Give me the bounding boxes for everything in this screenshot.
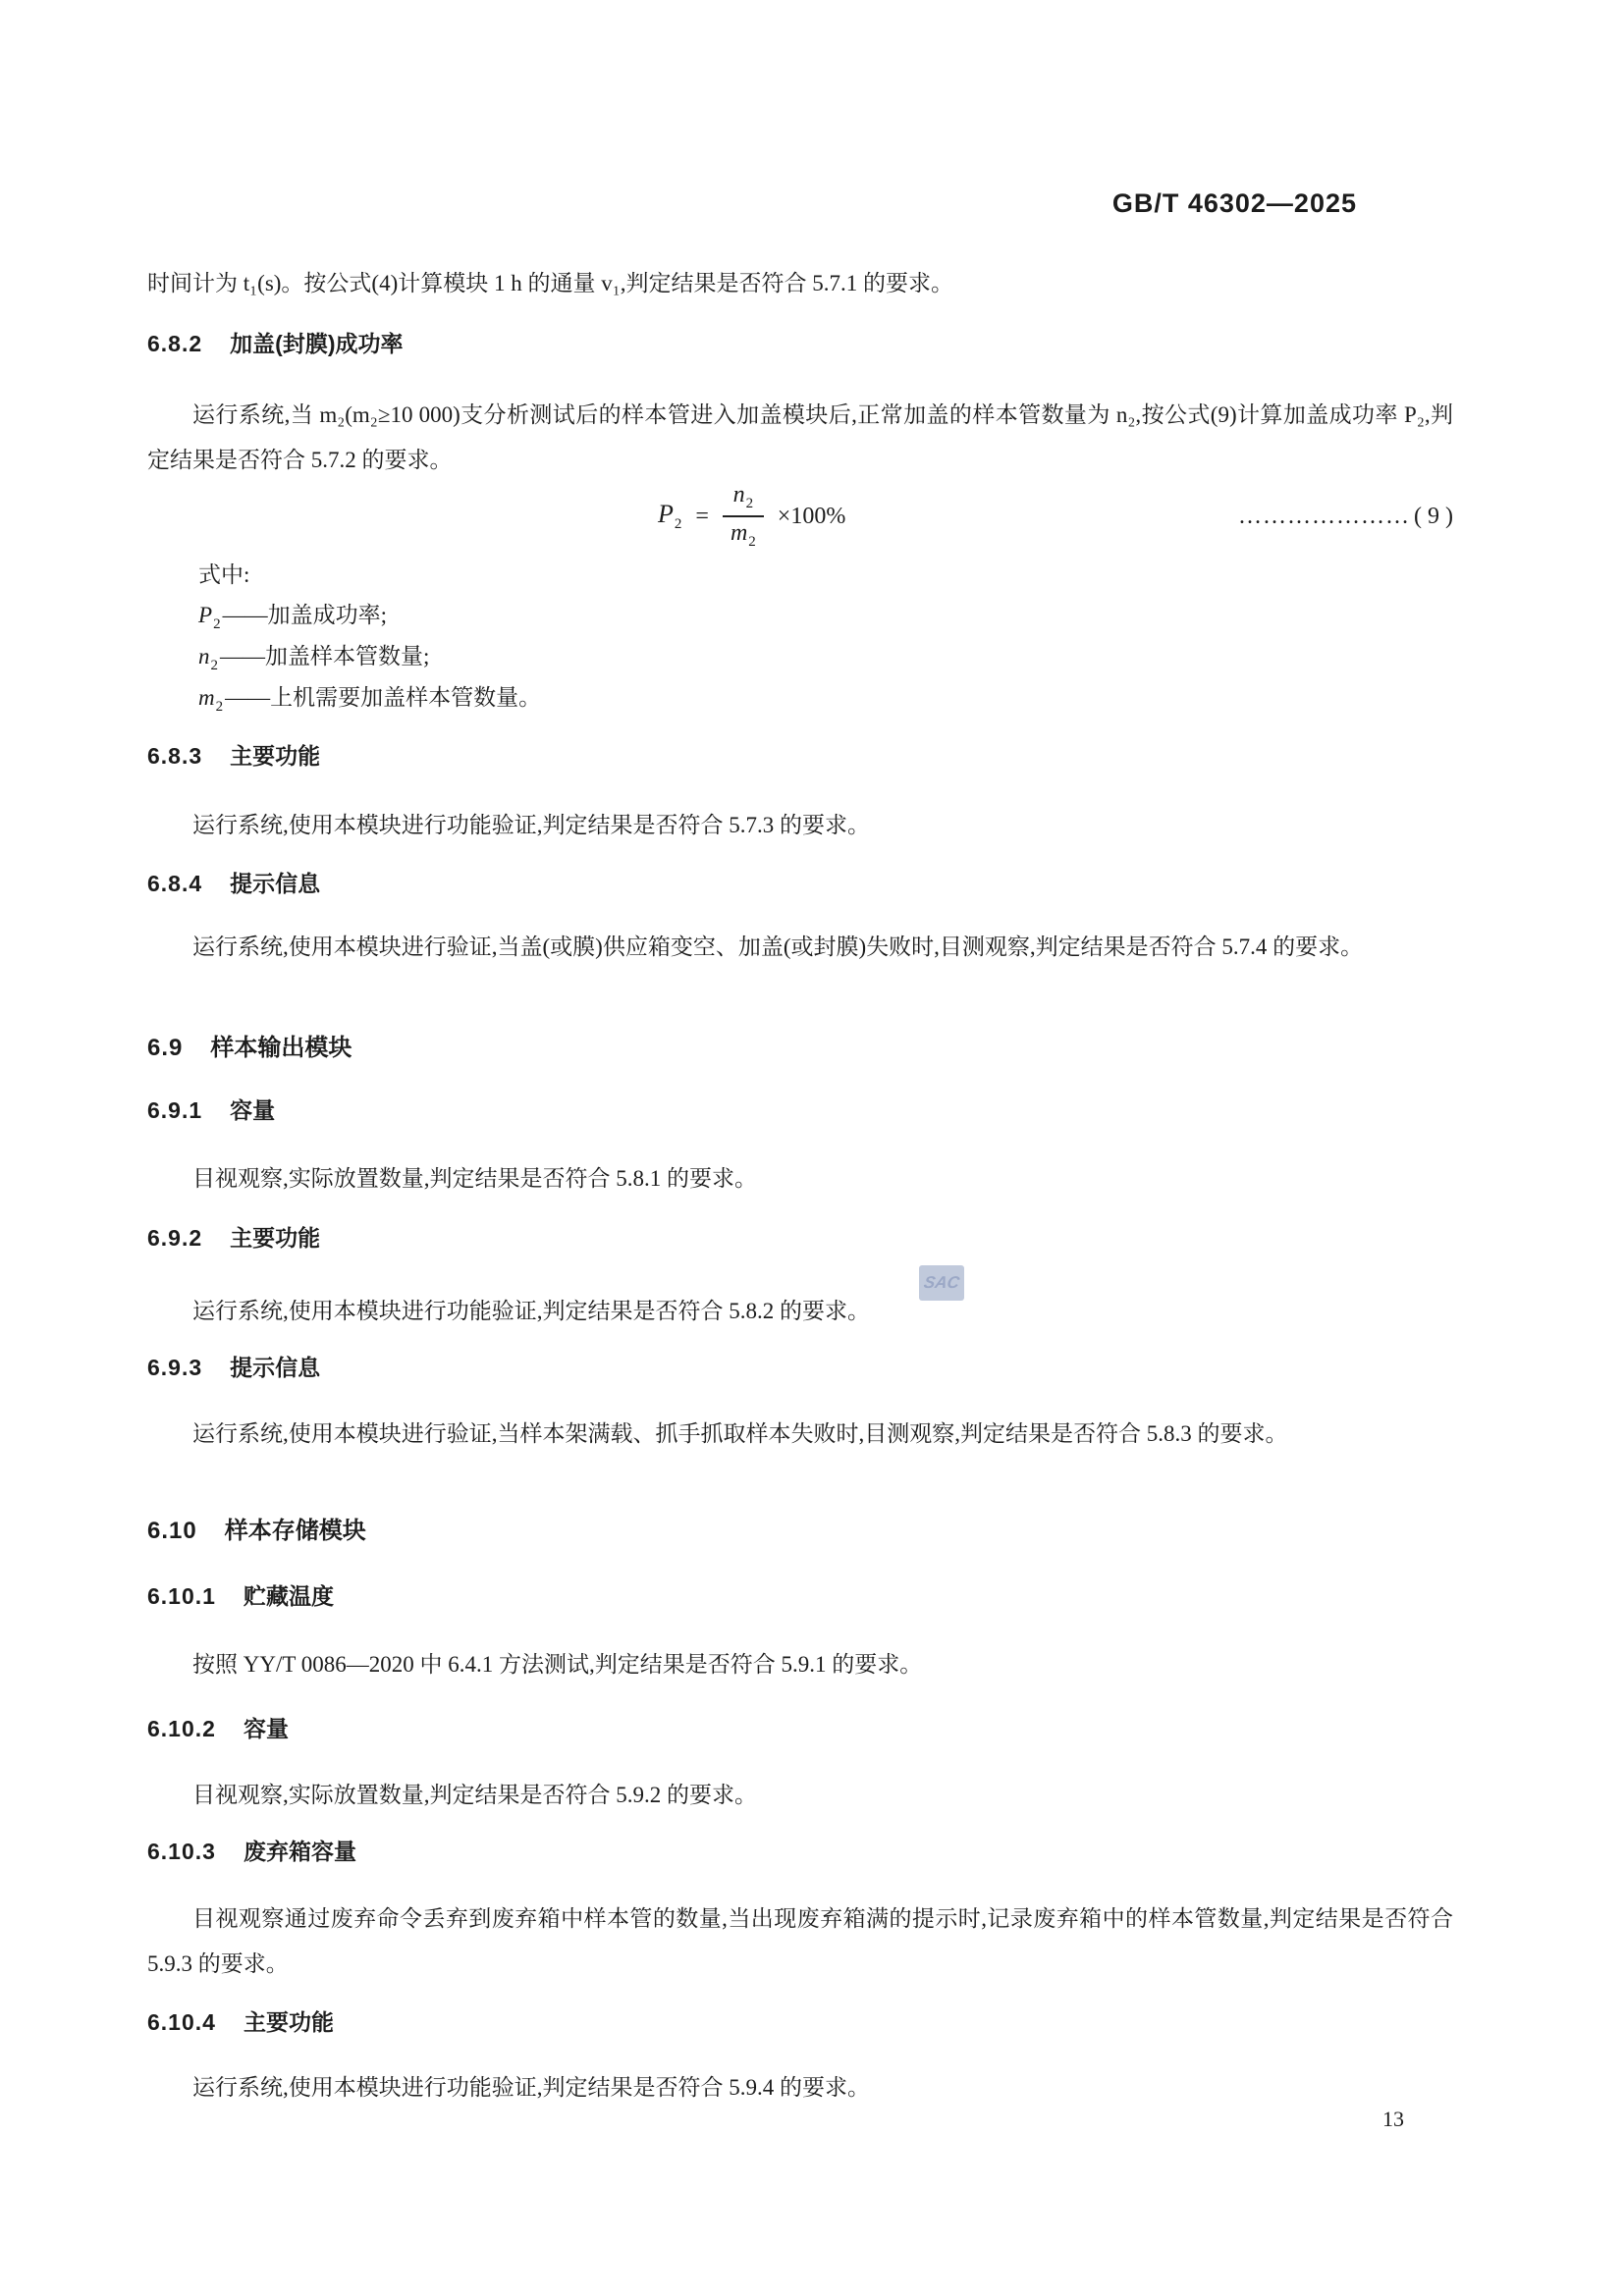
paragraph-6-8-4: 运行系统,使用本模块进行验证,当盖(或膜)供应箱变空、加盖(或封膜)失败时,目测… xyxy=(147,925,1453,970)
heading-6-9-2: 6.9.2主要功能 xyxy=(147,1223,1453,1253)
heading-number: 6.8.4 xyxy=(147,871,202,896)
heading-number: 6.9 xyxy=(147,1035,183,1061)
heading-6-10: 6.10样本存储模块 xyxy=(147,1517,1453,1546)
heading-6-8-3: 6.8.3主要功能 xyxy=(147,741,1453,771)
definition-term: m xyxy=(198,685,215,710)
fraction-denominator: m xyxy=(731,520,747,546)
intro-paragraph: 时间计为 t₁(s)。按公式(4)计算模块 1 h 的通量 v₁,判定结果是否符… xyxy=(147,261,1453,306)
heading-title: 提示信息 xyxy=(230,871,320,896)
heading-title: 主要功能 xyxy=(244,2009,334,2035)
dot-leader: ………………… xyxy=(1238,504,1410,530)
paragraph-6-8-2: 运行系统,当 m₂(m₂≥10 000)支分析测试后的样本管进入加盖模块后,正常… xyxy=(147,393,1453,483)
heading-6-10-4: 6.10.4主要功能 xyxy=(147,2007,1453,2037)
definition-description: ——上机需要加盖样本管数量。 xyxy=(225,685,541,710)
definition-term: P xyxy=(198,603,212,627)
formula-lhs: P xyxy=(658,500,674,528)
heading-number: 6.10 xyxy=(147,1518,197,1544)
definition-term-subscript: 2 xyxy=(213,616,221,632)
definition-item: n2——加盖样本管数量; xyxy=(198,642,1377,680)
equals-sign: = xyxy=(695,504,709,530)
definition-term-subscript: 2 xyxy=(216,699,224,715)
formula-lhs-subscript: 2 xyxy=(675,516,682,532)
fraction-numerator: n xyxy=(733,482,745,507)
heading-title: 废弃箱容量 xyxy=(244,1839,356,1864)
fraction-denominator-subscript: 2 xyxy=(748,534,756,550)
formula-9: P2 = n2 m2 ×100% ………………… ( 9 ) xyxy=(147,478,1453,555)
heading-6-9: 6.9样本输出模块 xyxy=(147,1034,1453,1063)
heading-number: 6.9.1 xyxy=(147,1097,202,1123)
heading-6-10-2: 6.10.2容量 xyxy=(147,1714,1453,1743)
paragraph-6-8-3: 运行系统,使用本模块进行功能验证,判定结果是否符合 5.7.3 的要求。 xyxy=(147,803,1453,848)
heading-title: 主要功能 xyxy=(230,1225,320,1251)
definition-term: n xyxy=(198,644,210,668)
heading-number: 6.9.2 xyxy=(147,1225,202,1251)
equation-number: ( 9 ) xyxy=(1414,504,1453,530)
page-number: 13 xyxy=(1382,2107,1404,2132)
paragraph-6-10-1: 按照 YY/T 0086—2020 中 6.4.1 方法测试,判定结果是否符合 … xyxy=(147,1642,1453,1687)
heading-title: 贮藏温度 xyxy=(244,1583,334,1609)
definition-description: ——加盖样本管数量; xyxy=(220,644,429,668)
sac-watermark: SAC xyxy=(919,1265,964,1301)
heading-6-9-1: 6.9.1容量 xyxy=(147,1095,1453,1125)
heading-title: 加盖(封膜)成功率 xyxy=(230,331,403,356)
heading-title: 样本存储模块 xyxy=(225,1518,366,1544)
definition-item: P2——加盖成功率; xyxy=(198,601,1377,639)
definition-item: m2——上机需要加盖样本管数量。 xyxy=(198,683,1377,721)
standard-number: GB/T 46302—2025 xyxy=(0,188,1357,219)
heading-title: 主要功能 xyxy=(230,743,320,769)
heading-6-9-3: 6.9.3提示信息 xyxy=(147,1353,1453,1382)
heading-number: 6.10.4 xyxy=(147,2009,216,2035)
heading-title: 提示信息 xyxy=(230,1355,320,1380)
where-label: 式中: xyxy=(198,561,249,590)
fraction: n2 m2 xyxy=(723,482,764,551)
heading-number: 6.8.2 xyxy=(147,331,202,356)
sac-watermark-text: SAC xyxy=(922,1273,960,1293)
heading-title: 样本输出模块 xyxy=(210,1035,352,1061)
heading-6-8-4: 6.8.4提示信息 xyxy=(147,869,1453,898)
heading-number: 6.8.3 xyxy=(147,743,202,769)
definition-description: ——加盖成功率; xyxy=(223,603,387,627)
paragraph-6-10-2: 目视观察,实际放置数量,判定结果是否符合 5.9.2 的要求。 xyxy=(147,1773,1453,1818)
equation: P2 = n2 m2 ×100% xyxy=(658,482,845,551)
heading-6-10-3: 6.10.3废弃箱容量 xyxy=(147,1837,1453,1866)
heading-6-8-2: 6.8.2加盖(封膜)成功率 xyxy=(147,329,1453,358)
paragraph-6-9-2: 运行系统,使用本模块进行功能验证,判定结果是否符合 5.8.2 的要求。 xyxy=(147,1289,1453,1334)
heading-number: 6.9.3 xyxy=(147,1355,202,1380)
document-page: GB/T 46302—2025 时间计为 t₁(s)。按公式(4)计算模块 1 … xyxy=(0,0,1624,2296)
formula-multiplier: ×100% xyxy=(778,504,846,530)
paragraph-6-10-4: 运行系统,使用本模块进行功能验证,判定结果是否符合 5.9.4 的要求。 xyxy=(147,2065,1453,2110)
heading-6-10-1: 6.10.1贮藏温度 xyxy=(147,1581,1453,1611)
heading-title: 容量 xyxy=(230,1097,275,1123)
heading-number: 6.10.2 xyxy=(147,1716,216,1741)
heading-number: 6.10.1 xyxy=(147,1583,216,1609)
paragraph-6-9-3: 运行系统,使用本模块进行验证,当样本架满载、抓手抓取样本失败时,目测观察,判定结… xyxy=(147,1412,1453,1457)
equation-number-group: ………………… ( 9 ) xyxy=(1238,504,1453,530)
fraction-numerator-subscript: 2 xyxy=(746,496,754,511)
heading-title: 容量 xyxy=(244,1716,289,1741)
paragraph-6-9-1: 目视观察,实际放置数量,判定结果是否符合 5.8.1 的要求。 xyxy=(147,1156,1453,1201)
paragraph-6-10-3: 目视观察通过废弃命令丢弃到废弃箱中样本管的数量,当出现废弃箱满的提示时,记录废弃… xyxy=(147,1896,1453,1987)
heading-number: 6.10.3 xyxy=(147,1839,216,1864)
definition-term-subscript: 2 xyxy=(211,658,219,673)
